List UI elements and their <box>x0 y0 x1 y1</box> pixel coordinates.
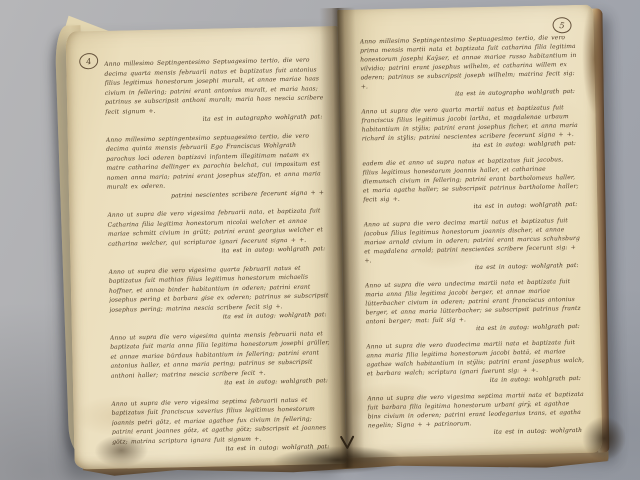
entry-text: Anno ut supra die vero vigesima septima … <box>367 391 584 430</box>
entry-text: Anno ut supra die vero duodecima martii … <box>366 339 584 377</box>
baptism-entry: Anno ut supra die vero vigesima septima … <box>111 395 333 457</box>
baptism-entry: Anno ut supra die vero undecima martii n… <box>365 277 584 336</box>
baptism-entry: Anno millesimo septingentesimo septuages… <box>106 131 328 202</box>
entry-text: Anno ut supra die vero vigesima quarta f… <box>109 264 329 313</box>
page-number-right: 5 <box>552 16 572 34</box>
right-page: 5 Anno millesimo Septingentesimo Septuag… <box>337 5 602 458</box>
baptism-entry: Anno ut supra die vero vigesima februari… <box>107 206 329 258</box>
entry-text: Anno millesimo Septingentesimo Septuages… <box>360 34 577 90</box>
entry-text: Anno ut supra die vero vigesima quinta m… <box>110 330 330 379</box>
baptism-entry: Anno millesimo Septingentesimo Septuages… <box>104 55 326 126</box>
entry-text: Anno millesimo septingentesimo septuages… <box>106 132 321 191</box>
baptism-entry: Anno ut supra die vero quarta martii nat… <box>361 103 580 153</box>
left-page-text: Anno millesimo Septingentesimo Septuages… <box>104 55 333 457</box>
baptism-entry: Anno ut supra die vero vigesima septima … <box>367 390 586 440</box>
page-number-left: 4 <box>78 52 99 71</box>
right-page-text: Anno millesimo Septingentesimo Septuages… <box>360 33 587 449</box>
baptism-entry: eadem die et anno ut supra natus et bapt… <box>362 155 581 214</box>
entry-text: Anno ut supra die vero vigesima februari… <box>107 207 323 247</box>
binding-thread-icon <box>340 436 354 449</box>
entry-text: eadem die et anno ut supra natus et bapt… <box>362 156 578 203</box>
entry-text: Anno ut supra die vero decima martii nat… <box>364 217 580 264</box>
baptism-entry: Anno ut supra die vero decima martii nat… <box>364 216 583 275</box>
baptism-entry: Anno ut supra die vero vigesima quinta m… <box>110 329 332 391</box>
attestation-signature: ita est in autographo wohlgrath pat: <box>361 87 579 101</box>
baptism-entry: Anno ut supra die vero vigesima quarta f… <box>109 263 331 325</box>
entry-text: Anno millesimo Septingentesimo Septuages… <box>104 57 323 116</box>
photo-backdrop: 4 Anno millesimo Septingentesimo Septuag… <box>0 0 640 480</box>
entry-text: Anno ut supra die vero undecima martii n… <box>365 278 581 325</box>
entry-text: Anno ut supra die vero quarta martii nat… <box>361 104 578 142</box>
baptism-entry: Anno ut supra die vero duodecima martii … <box>366 338 585 388</box>
entry-text: Anno ut supra die vero vigesima septima … <box>111 396 326 445</box>
attestation-signature: ita est in autog: wohlgrath pat: <box>365 261 583 275</box>
manuscript-book: 4 Anno millesimo Septingentesimo Septuag… <box>57 0 617 480</box>
left-page: 4 Anno millesimo Septingentesimo Septuag… <box>66 26 347 470</box>
baptism-entry: Anno millesimo Septingentesimo Septuages… <box>360 33 579 101</box>
